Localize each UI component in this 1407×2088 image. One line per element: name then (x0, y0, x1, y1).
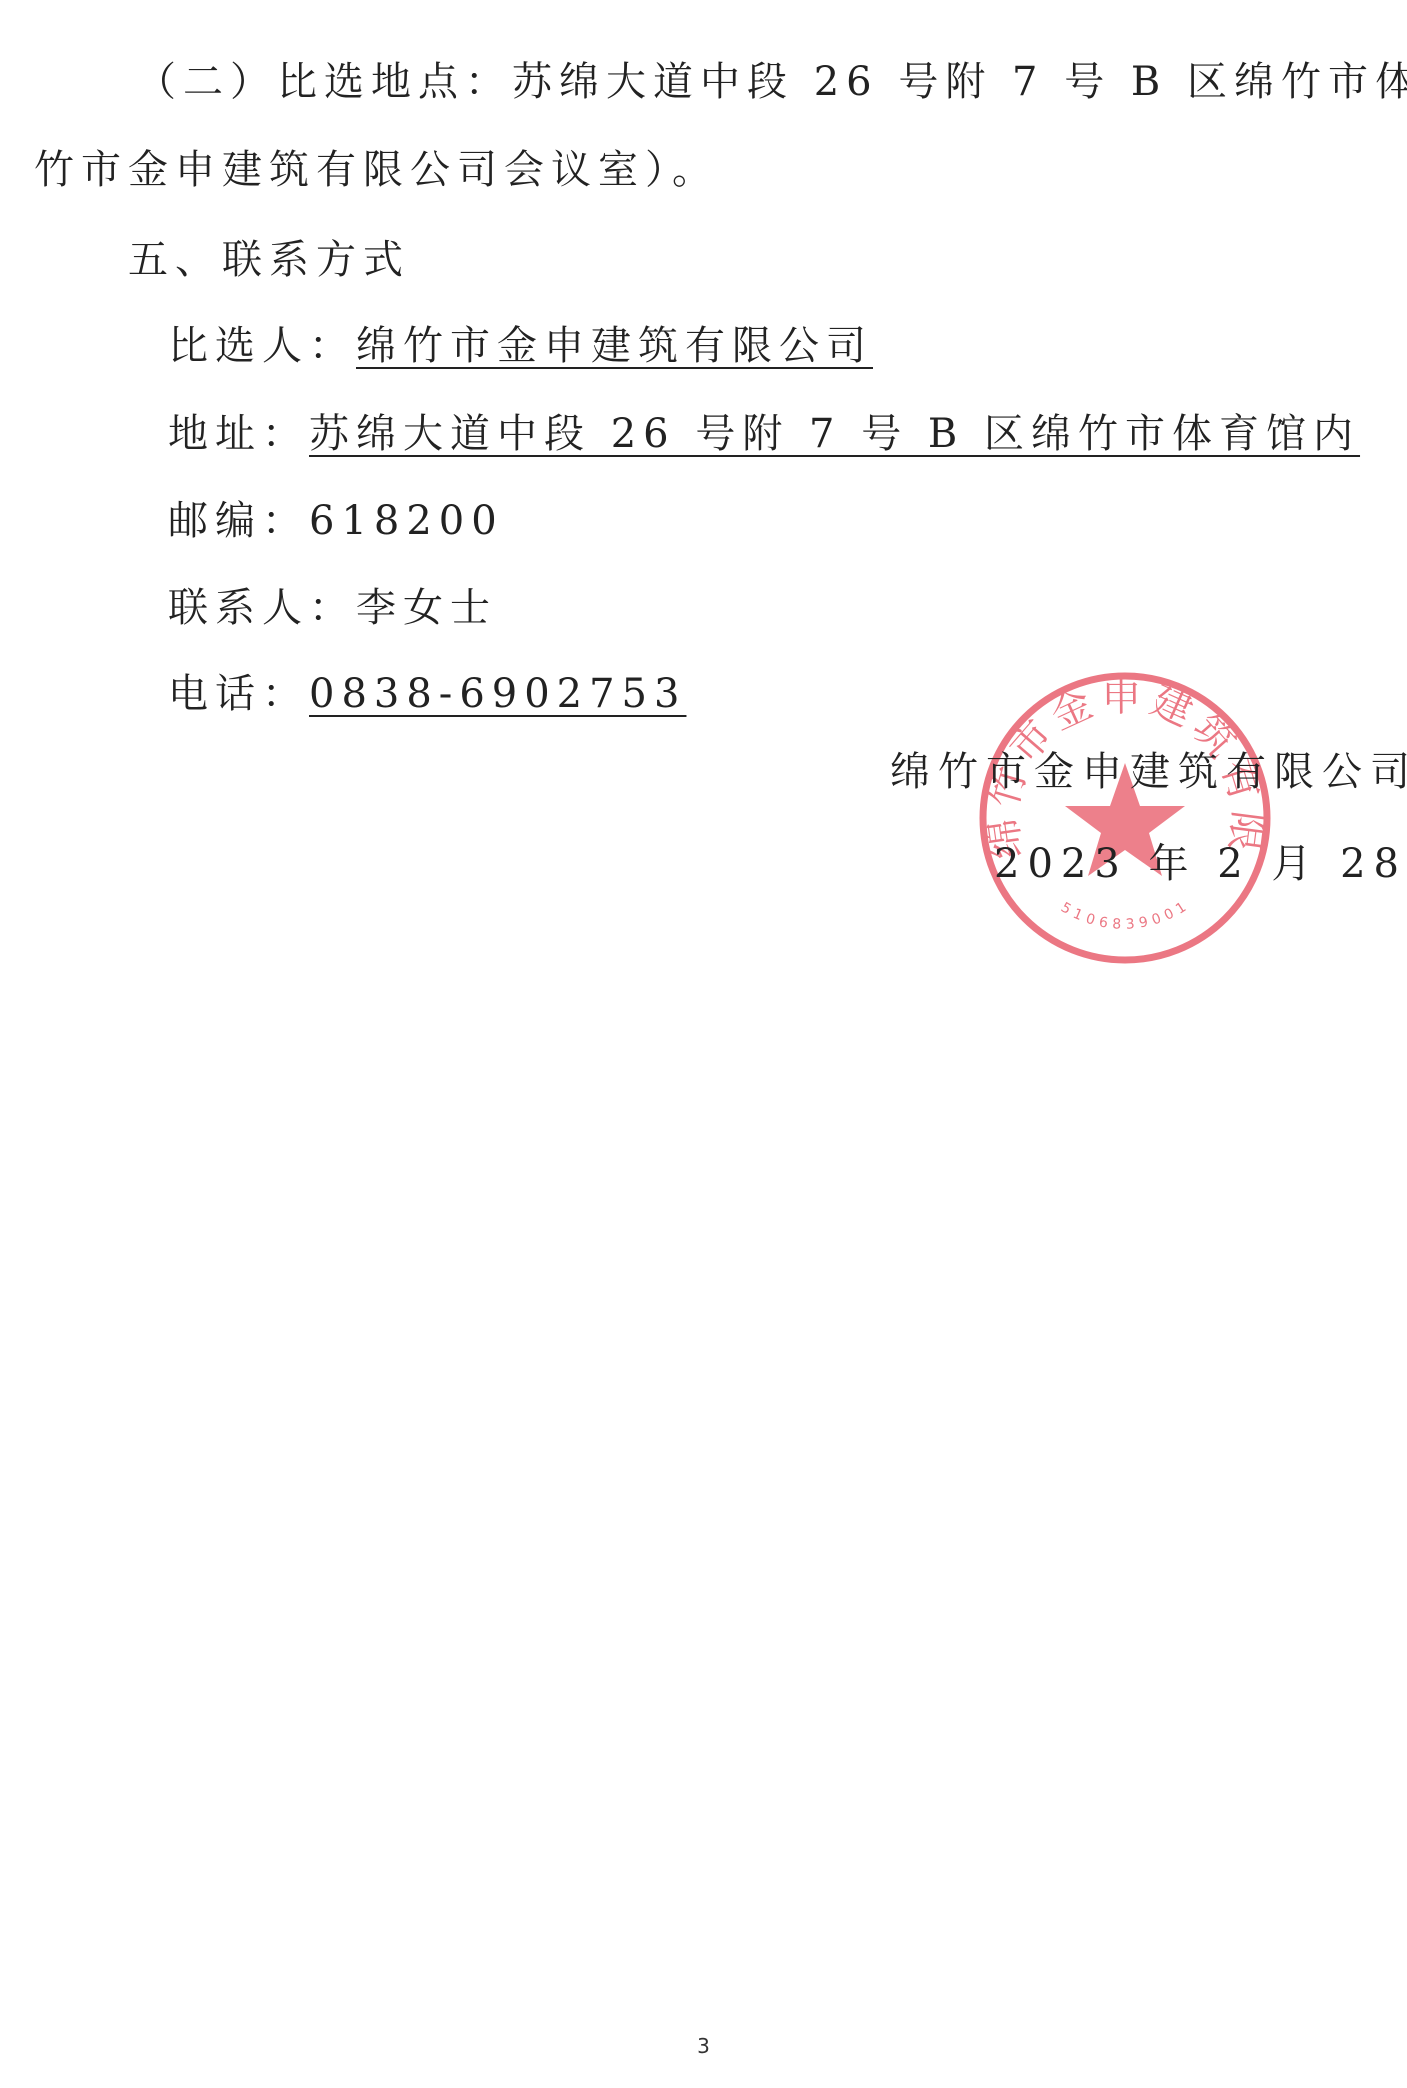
address-value: 苏绵大道中段 26 号附 7 号 B 区绵竹市体育馆内 (309, 411, 1360, 457)
contact-person-row: 联系人：李女士 (168, 584, 497, 632)
signature-date: 2023 年 2 月 28 日 (994, 840, 1407, 888)
selector-label: 比选人： (168, 323, 356, 369)
contact-selector-row: 比选人：绵竹市金申建筑有限公司 (168, 322, 873, 370)
contact-phone-row: 电话：0838-6902753 (168, 670, 686, 718)
contact-address-row: 地址：苏绵大道中段 26 号附 7 号 B 区绵竹市体育馆内 (168, 410, 1360, 458)
svg-text:5106839001: 5106839001 (1058, 897, 1193, 933)
address-label: 地址： (168, 411, 309, 457)
phone-label: 电话： (168, 671, 309, 717)
contact-postcode-row: 邮编：618200 (168, 497, 504, 545)
page-number: 3 (0, 2034, 1407, 2058)
selector-value: 绵竹市金申建筑有限公司 (356, 323, 873, 369)
company-seal-stamp: 绵竹市金申建筑有限公司 5106839001 (975, 668, 1275, 968)
phone-value: 0838-6902753 (309, 671, 686, 717)
location-paragraph-line-1: （二）比选地点：苏绵大道中段 26 号附 7 号 B 区绵竹市体育馆内（绵 (136, 58, 1407, 106)
signature-company: 绵竹市金申建筑有限公司 (890, 748, 1407, 796)
document-page: （二）比选地点：苏绵大道中段 26 号附 7 号 B 区绵竹市体育馆内（绵 竹市… (0, 0, 1407, 2088)
contact-person-label: 联系人： (168, 585, 356, 631)
postcode-value: 618200 (309, 498, 504, 544)
postcode-label: 邮编： (168, 498, 309, 544)
section-heading: 五、联系方式 (128, 236, 410, 284)
location-paragraph-line-2: 竹市金申建筑有限公司会议室）。 (34, 146, 719, 194)
contact-person-value: 李女士 (356, 585, 497, 631)
